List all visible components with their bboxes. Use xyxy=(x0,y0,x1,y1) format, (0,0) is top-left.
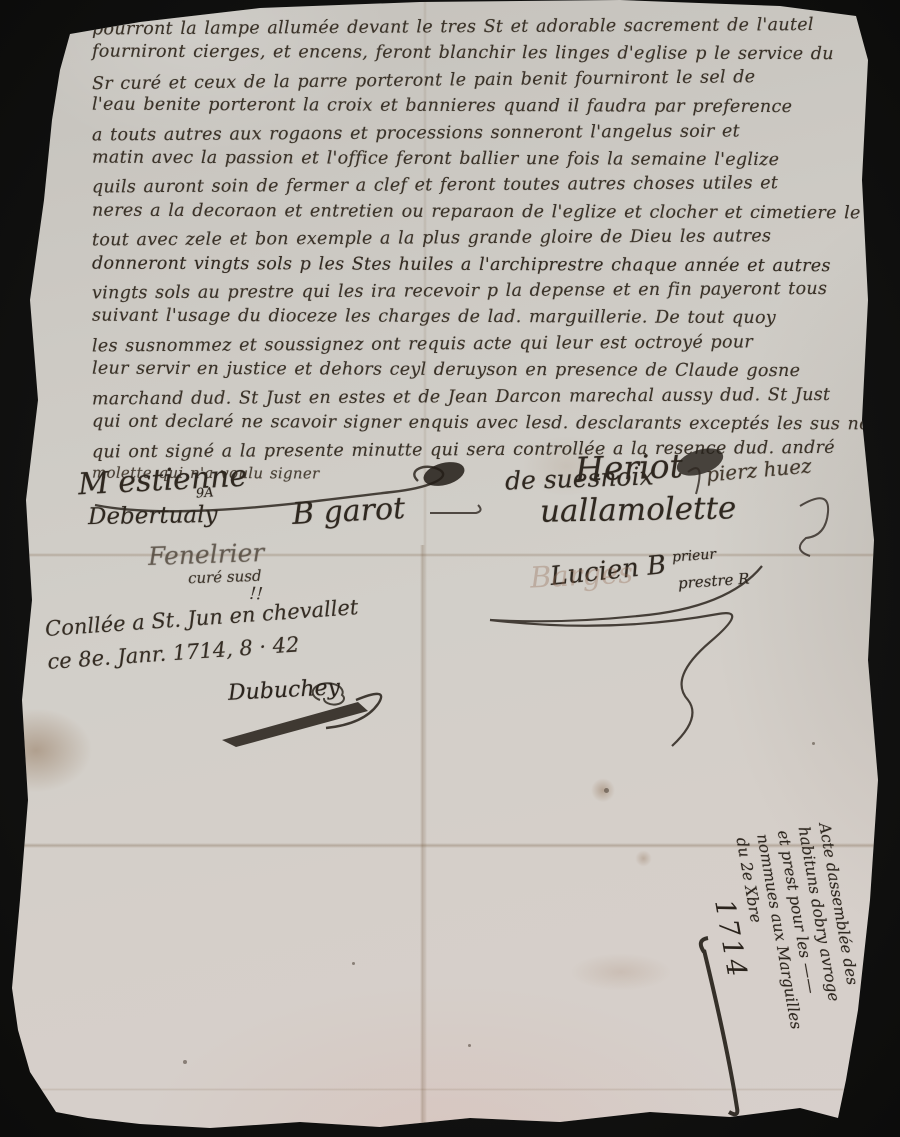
ink-speck xyxy=(468,1044,471,1047)
horizontal-fold-crease-bottom xyxy=(40,1088,860,1091)
manuscript-body-text: pourront la lampe allumée devant le tres… xyxy=(92,14,880,485)
signature-debertualy: Debertualy xyxy=(88,502,218,530)
signature-lucien-mark: prieur xyxy=(671,546,716,565)
vertical-fold-crease-lower xyxy=(420,545,425,1137)
signature-garot: B garot xyxy=(291,491,406,532)
manuscript-line: suivant l'usage du dioceze les charges d… xyxy=(92,303,880,332)
show-through-text: Barges xyxy=(529,555,634,594)
manuscript-line: marchand dud. St Just en estes et de Jea… xyxy=(92,381,880,412)
signature-desuesnoix: de suesnoix xyxy=(505,461,654,495)
manuscript-line: les susnommez et soussignez ont requis a… xyxy=(92,328,880,359)
horizontal-fold-crease-upper xyxy=(0,553,900,557)
manuscript-line: a touts autres aux rogaons et procession… xyxy=(92,117,880,148)
ink-speck xyxy=(604,788,609,793)
manuscript-line: quils auront soin de fermer a clef et fe… xyxy=(92,170,880,201)
manuscript-line: leur servir en justice et dehors ceyl de… xyxy=(92,356,880,385)
signature-vallamolette: uallamolette xyxy=(540,490,737,529)
manuscript-line: neres a la decoraon et entretien ou repa… xyxy=(92,197,880,226)
manuscript-page: pourront la lampe allumée devant le tres… xyxy=(0,0,900,1137)
signature-fenelrier: Fenelrier xyxy=(148,538,265,571)
ink-speck xyxy=(183,1060,187,1064)
manuscript-line: tout avec zele et bon exemple a la plus … xyxy=(92,223,880,254)
control-registration-note: !! Conllée a St. Jun en chevallet ce 8e.… xyxy=(44,591,362,679)
signature-dubuchey: Dubuchey xyxy=(227,675,340,706)
manuscript-line: qui ont declaré ne scavoir signer enquis… xyxy=(92,409,880,438)
signature-estienne: M estienne xyxy=(77,459,248,503)
photo-backdrop: pourront la lampe allumée devant le tres… xyxy=(0,0,900,1137)
signature-debertualy-mark: 9A xyxy=(195,485,214,501)
signature-lucien-subtext: prestre R xyxy=(677,570,750,593)
endorsement-vertical-note: Acte dassemblée des habituns dobry avrog… xyxy=(698,821,886,1137)
manuscript-line: l'eau benite porteront la croix et banni… xyxy=(92,92,880,121)
ink-speck xyxy=(812,742,815,745)
manuscript-line: donneront vingts sols p les Stes huiles … xyxy=(92,250,880,279)
control-note-marks: !! xyxy=(249,584,264,605)
ink-speck xyxy=(352,962,355,965)
